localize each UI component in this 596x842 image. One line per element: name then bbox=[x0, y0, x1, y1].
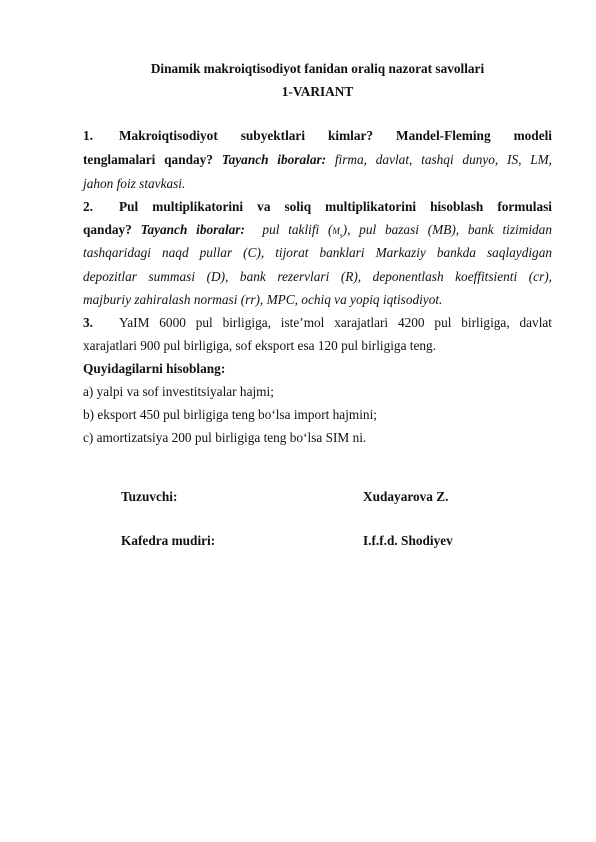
question-2-line-2: qanday? Tayanch iboralar: pul taklifi (M… bbox=[83, 222, 552, 244]
question-2-line-5: majburiy zahiralash normasi (rr), MPC, o… bbox=[83, 292, 552, 308]
question-3-line-1: 3.YaIM 6000 pul birligiga, iste’mol xara… bbox=[83, 315, 552, 331]
keywords-text: firma, davlat, tashqi dunyo, IS, LM, bbox=[326, 152, 552, 167]
signature-name-compiler: Xudayarova Z. bbox=[363, 489, 448, 505]
keywords-text: pul taklifi ( bbox=[245, 222, 333, 237]
question-number: 2. bbox=[83, 199, 119, 215]
task-c: c) amortizatsiya 200 pul birligiga teng … bbox=[83, 430, 552, 446]
question-1-line-1: 1.Makroiqtisodiyot subyektlari kimlar? M… bbox=[83, 128, 552, 144]
question-number: 1. bbox=[83, 128, 119, 144]
keywords-label: Tayanch iboralar: bbox=[141, 222, 245, 237]
question-2-line-1: 2.Pul multiplikatorini va soliq multipli… bbox=[83, 199, 552, 215]
signature-name-head: I.f.f.d. Shodiyev bbox=[363, 533, 453, 549]
question-1-line-2: tenglamalari qanday? Tayanch iboralar: f… bbox=[83, 152, 552, 168]
question-text: YaIM 6000 pul birligiga, iste’mol xaraja… bbox=[119, 315, 552, 330]
question-2-line-4: depozitlar summasi (D), bank rezervlari … bbox=[83, 269, 552, 285]
question-2-line-3: tashqaridagi naqd pullar (C), tijorat ba… bbox=[83, 245, 552, 261]
task-a: a) yalpi va sof investitsiyalar hajmi; bbox=[83, 384, 552, 400]
signature-role-compiler: Tuzuvchi: bbox=[121, 489, 177, 505]
keywords-label: Tayanch iboralar: bbox=[222, 152, 326, 167]
question-number: 3. bbox=[83, 315, 119, 331]
question-text: Pul multiplikatorini va soliq multiplika… bbox=[119, 199, 552, 214]
question-text: qanday? bbox=[83, 222, 141, 237]
task-b: b) eksport 450 pul birligiga teng bo‘lsa… bbox=[83, 407, 552, 423]
question-text: tenglamalari qanday? bbox=[83, 152, 222, 167]
task-heading: Quyidagilarni hisoblang: bbox=[83, 361, 552, 377]
keywords-text: ), pul bazasi (MB), bank tizimidan bbox=[343, 222, 552, 237]
question-1-line-3: jahon foiz stavkasi. bbox=[83, 176, 552, 192]
question-3-line-2: xarajatlari 900 pul birligiga, sof ekspo… bbox=[83, 338, 552, 354]
question-text: Makroiqtisodiyot subyektlari kimlar? Man… bbox=[119, 128, 552, 143]
money-supply-symbol: M bbox=[332, 226, 340, 236]
signature-role-head: Kafedra mudiri: bbox=[121, 533, 215, 549]
variant-label: 1-VARIANT bbox=[83, 84, 552, 100]
document-title: Dinamik makroiqtisodiyot fanidan oraliq … bbox=[83, 61, 552, 77]
